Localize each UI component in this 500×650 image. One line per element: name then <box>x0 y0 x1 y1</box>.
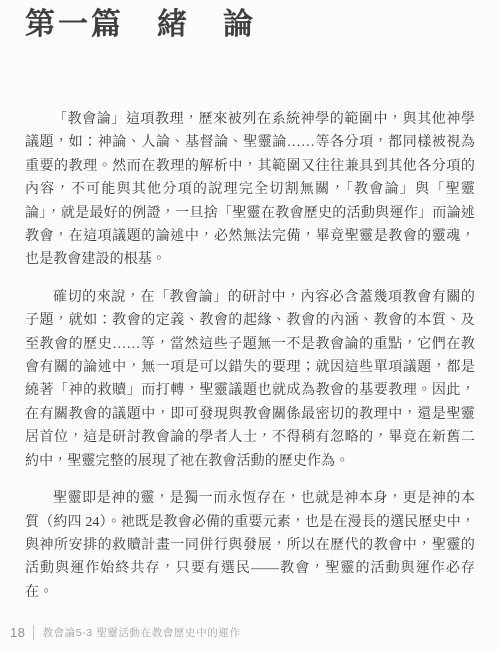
document-page: 第一篇 緒 論 「教會論」這項教理，歷來被列在系統神學的範圍中，與其他神學議題，… <box>0 0 500 650</box>
page-footer: 18 教會論5-3 聖靈活動在教會歷史中的運作 <box>10 625 241 640</box>
footer-book-title: 教會論5-3 聖靈活動在教會歷史中的運作 <box>42 625 240 640</box>
footer-divider <box>33 625 34 640</box>
body-paragraph: 「教會論」這項教理，歷來被列在系統神學的範圍中，與其他神學議題，如：神論、人論、… <box>25 108 475 272</box>
page-title: 第一篇 緒 論 <box>25 4 256 46</box>
body-paragraph: 聖靈即是神的靈，是獨一而永恆存在，也就是神本身，更是神的本質（約四 24）。祂既… <box>25 487 475 604</box>
body-text: 「教會論」這項教理，歷來被列在系統神學的範圍中，與其他神學議題，如：神論、人論、… <box>25 108 475 618</box>
body-paragraph: 確切的來說，在「教會論」的研討中，內容必含蓋幾項教會有關的子題，就如：教會的定義… <box>25 286 475 473</box>
page-number: 18 <box>10 625 25 640</box>
